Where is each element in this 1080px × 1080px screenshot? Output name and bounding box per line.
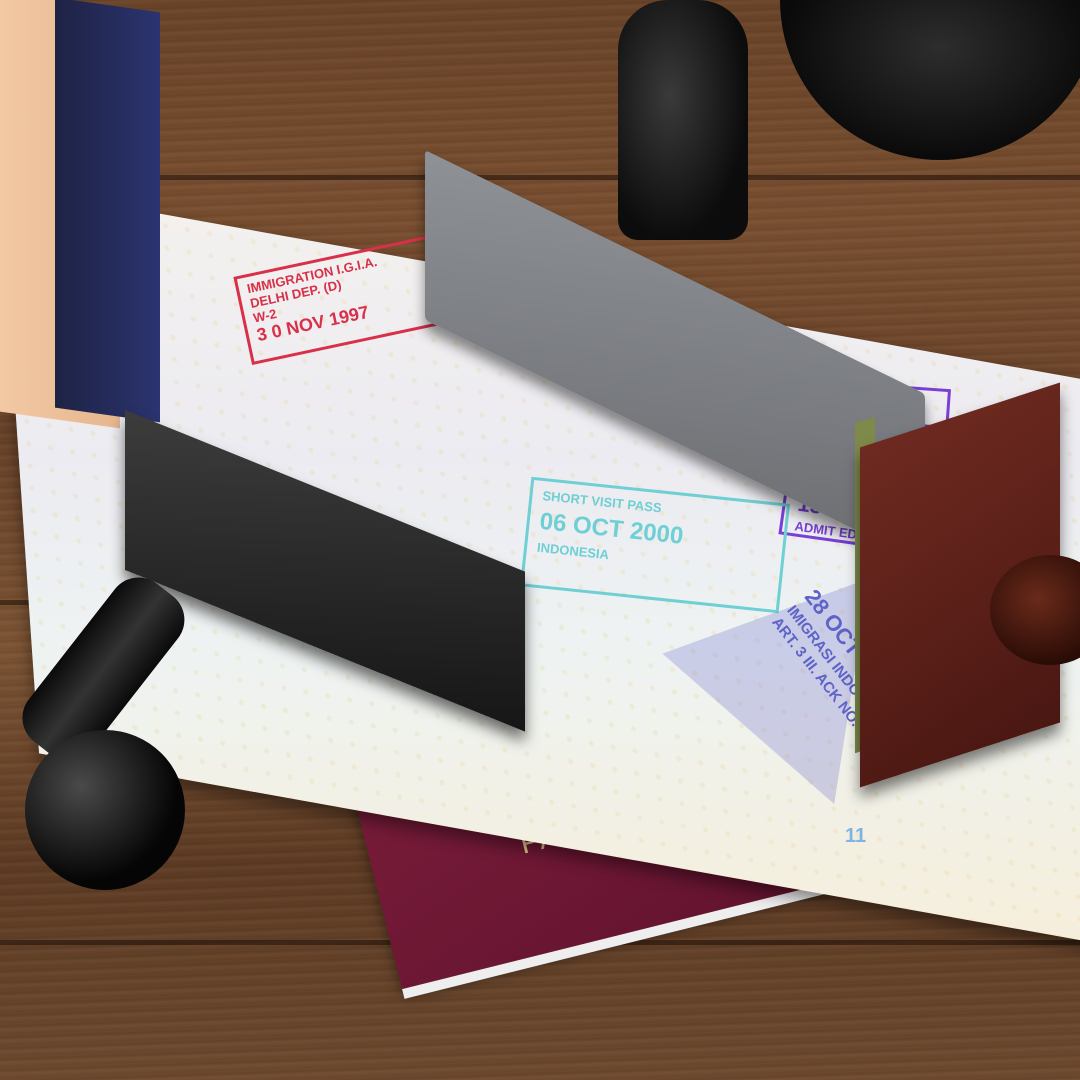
dark-stamp-top-right (780, 0, 1080, 160)
photo-scene: PASPOORT - PA SS IMMIGRATION I.G.I.A. DE… (0, 0, 1080, 1080)
grey-stamp-handle (618, 0, 748, 240)
wooden-stamp-pad (55, 0, 160, 422)
black-stamp-handle-knob (25, 730, 185, 890)
black-stamp-handle (25, 580, 325, 900)
page-number: 11 (845, 825, 866, 848)
wood-plank-gap (0, 175, 1080, 180)
